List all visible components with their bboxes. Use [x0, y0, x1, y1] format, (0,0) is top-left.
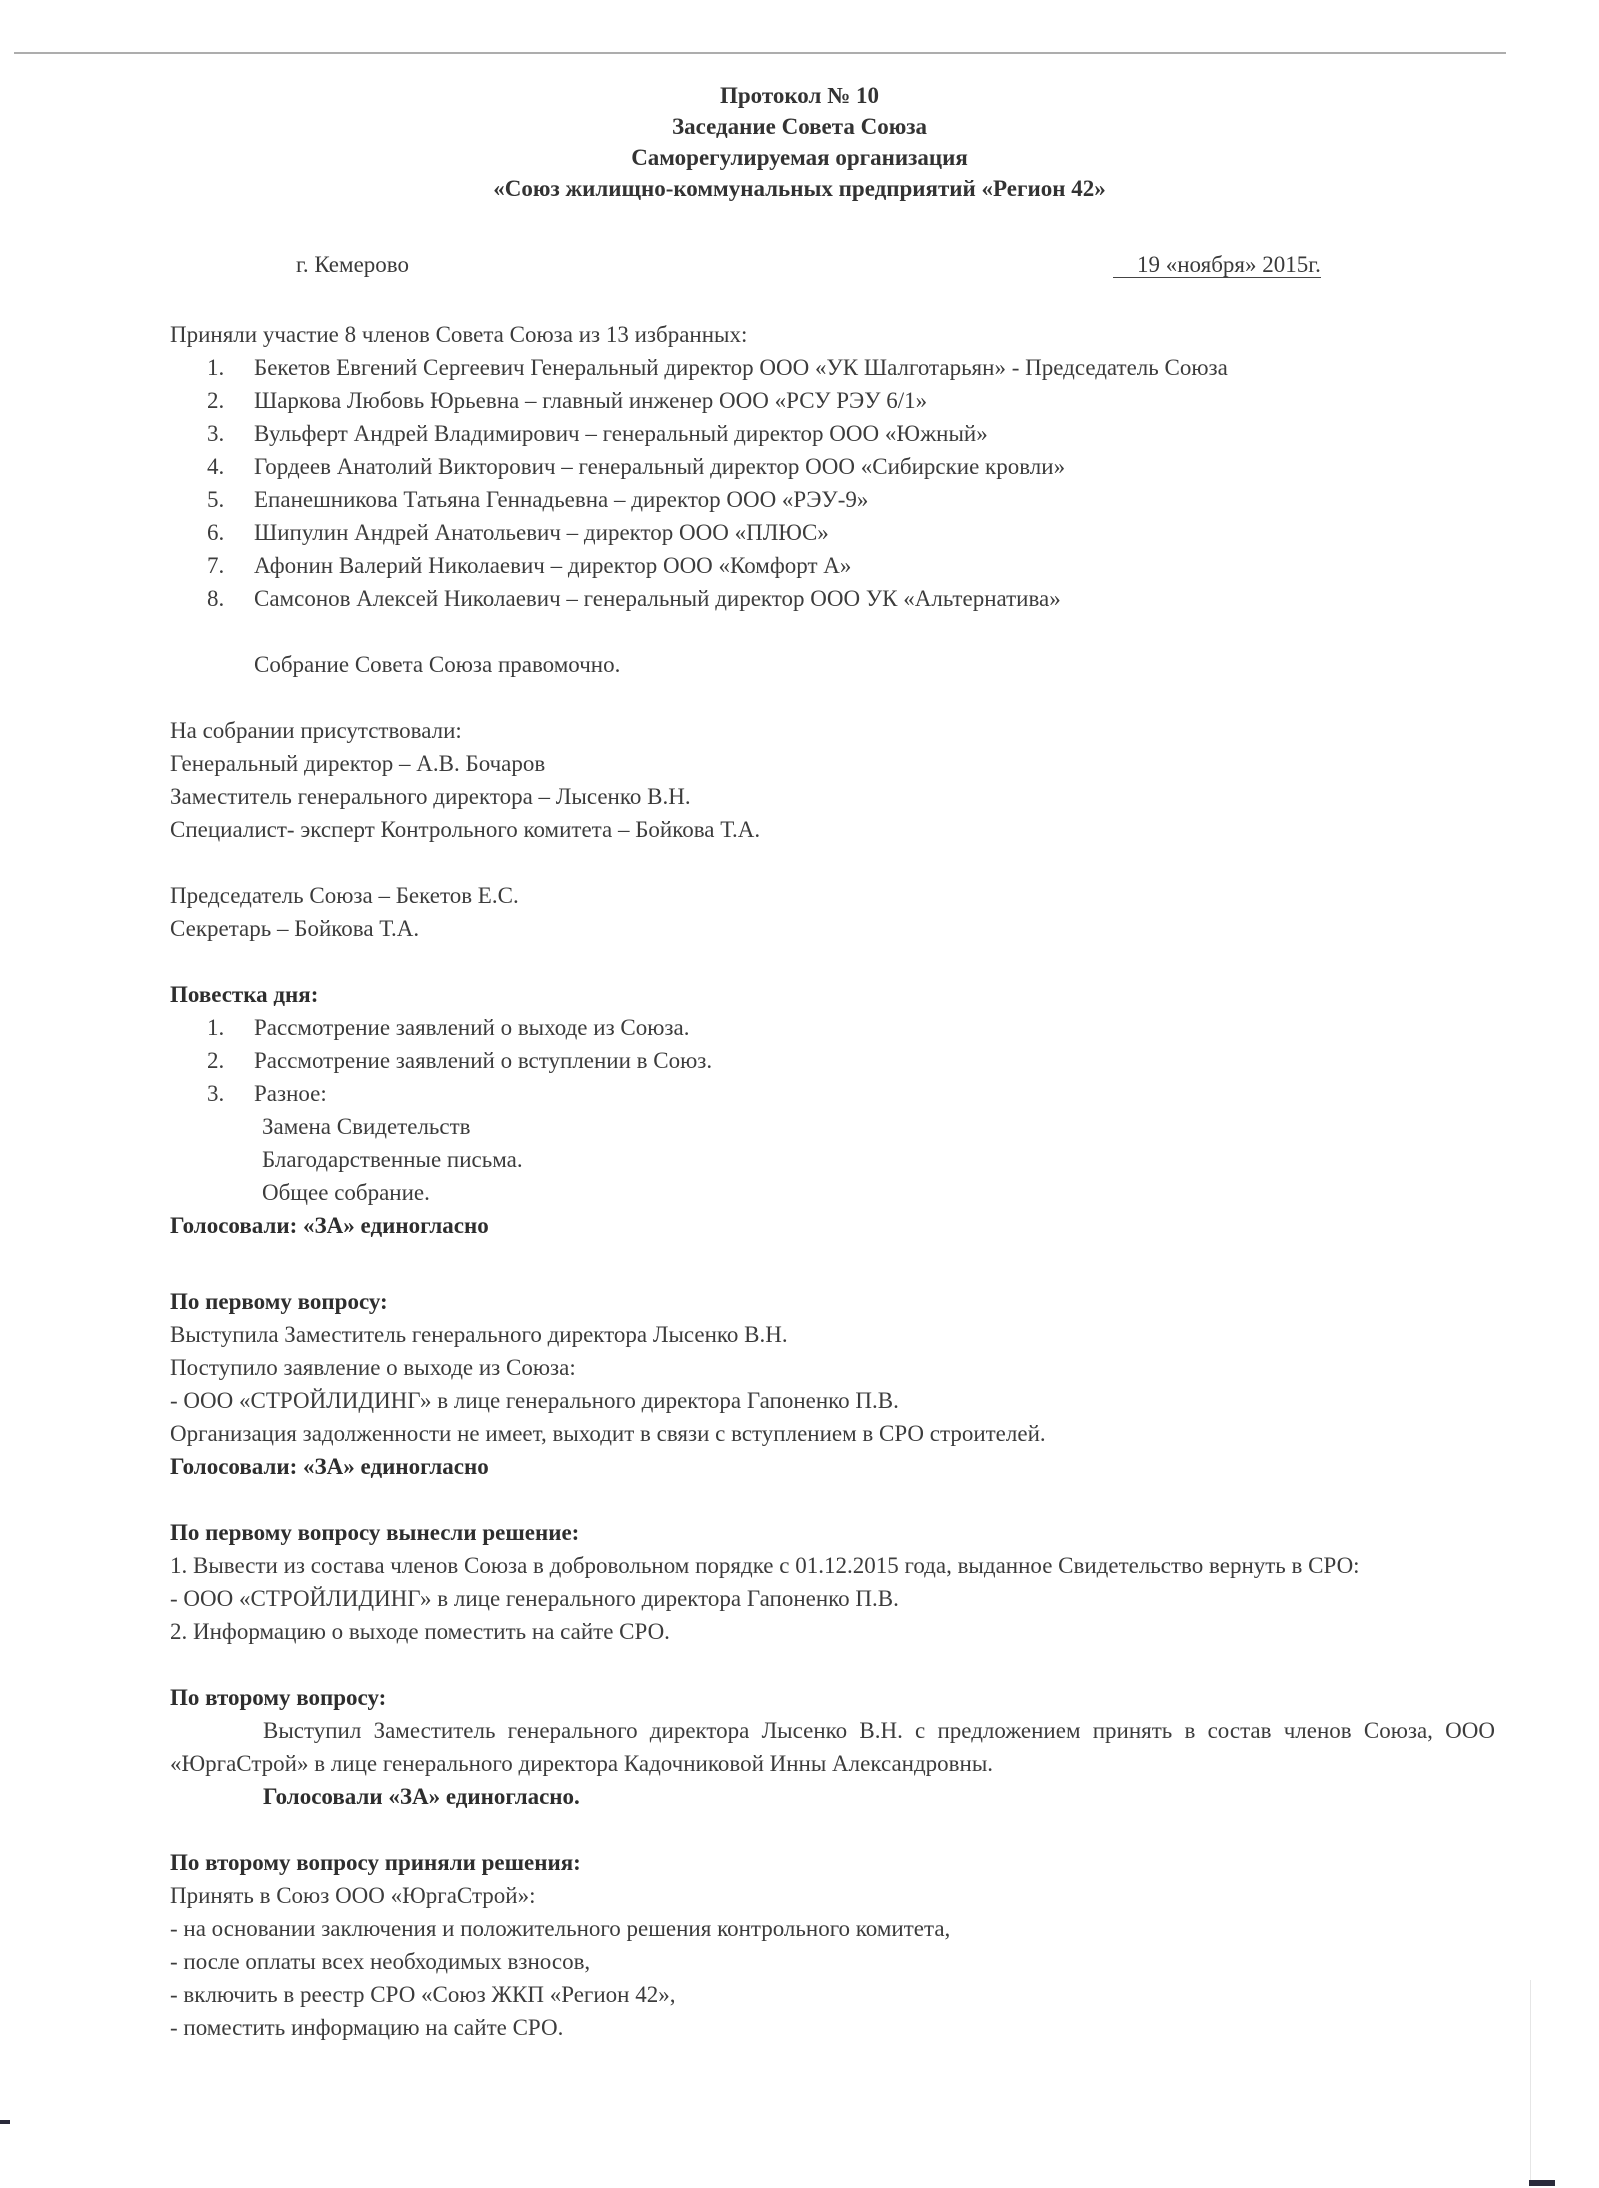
decision2-line: - на основании заключения и положительно… [170, 1912, 1495, 1945]
agenda-subitem: Благодарственные письма. [170, 1143, 1495, 1176]
decision2-line: - поместить информацию на сайте СРО. [170, 2011, 1495, 2044]
attendee-line: Генеральный директор – А.В. Бочаров [170, 747, 1495, 780]
participants-list: 1.Бекетов Евгений Сергеевич Генеральный … [170, 351, 1495, 615]
scan-top-edge-line [14, 52, 1506, 54]
organization-name: «Союз жилищно-коммунальных предприятий «… [0, 173, 1599, 204]
list-item: 6.Шипулин Андрей Анатольевич – директор … [170, 516, 1495, 549]
decision1-item1: 1. Вывести из состава членов Союза в доб… [170, 1549, 1495, 1582]
chair-line: Председатель Союза – Бекетов Е.С. [170, 879, 1495, 912]
question1-line: Выступила Заместитель генерального дирек… [170, 1318, 1495, 1351]
decision2-intro: Принять в Союз ООО «ЮргаСтрой»: [170, 1879, 1495, 1912]
list-item: 5.Епанешникова Татьяна Геннадьевна – дир… [170, 483, 1495, 516]
list-item: 4.Гордеев Анатолий Викторович – генераль… [170, 450, 1495, 483]
decision2-line: - включить в реестр СРО «Союз ЖКП «Регио… [170, 1978, 1495, 2011]
list-item: 3.Разное: [170, 1077, 1495, 1110]
list-item: 3.Вульферт Андрей Владимирович – генерал… [170, 417, 1495, 450]
agenda-subitem: Общее собрание. [170, 1176, 1495, 1209]
meeting-title: Заседание Совета Союза [0, 111, 1599, 142]
decision1-item1-sub: - ООО «СТРОЙЛИДИНГ» в лице генерального … [170, 1582, 1495, 1615]
question2-text: Выступил Заместитель генерального директ… [170, 1714, 1495, 1780]
attendee-line: Заместитель генерального директора – Лыс… [170, 780, 1495, 813]
document-body: Приняли участие 8 членов Совета Союза из… [170, 318, 1495, 2044]
attendees-intro: На собрании присутствовали: [170, 714, 1495, 747]
secretary-line: Секретарь – Бойкова Т.А. [170, 912, 1495, 945]
quorum-statement: Собрание Совета Союза правомочно. [170, 648, 1495, 681]
meeting-place: г. Кемерово [296, 252, 409, 278]
document-header: Протокол № 10 Заседание Совета Союза Сам… [0, 80, 1599, 204]
scan-edge-mark-left [0, 2120, 10, 2124]
participants-intro: Приняли участие 8 членов Совета Союза из… [170, 318, 1495, 351]
question1-heading: По первому вопросу: [170, 1285, 1495, 1318]
organization-type: Саморегулируемая организация [0, 142, 1599, 173]
agenda-list: 1.Рассмотрение заявлений о выходе из Сою… [170, 1011, 1495, 1110]
meeting-date: 19 «ноября» 2015г. [1113, 252, 1321, 278]
list-item: 1.Рассмотрение заявлений о выходе из Сою… [170, 1011, 1495, 1044]
list-item: 2.Рассмотрение заявлений о вступлении в … [170, 1044, 1495, 1077]
question1-vote: Голосовали: «ЗА» единогласно [170, 1450, 1495, 1483]
agenda-subitem: Замена Свидетельств [170, 1110, 1495, 1143]
decision1-item2: 2. Информацию о выходе поместить на сайт… [170, 1615, 1495, 1648]
agenda-heading: Повестка дня: [170, 978, 1495, 1011]
decision2-line: - после оплаты всех необходимых взносов, [170, 1945, 1495, 1978]
decision1-heading: По первому вопросу вынесли решение: [170, 1516, 1495, 1549]
question1-line: Организация задолженности не имеет, выхо… [170, 1417, 1495, 1450]
scan-edge-mark-right [1529, 2180, 1555, 2186]
question2-heading: По второму вопросу: [170, 1681, 1495, 1714]
question2-vote: Голосовали «ЗА» единогласно. [170, 1780, 1495, 1813]
question1-line: - ООО «СТРОЙЛИДИНГ» в лице генерального … [170, 1384, 1495, 1417]
decision2-heading: По второму вопросу приняли решения: [170, 1846, 1495, 1879]
protocol-title: Протокол № 10 [0, 80, 1599, 111]
attendee-line: Специалист- эксперт Контрольного комитет… [170, 813, 1495, 846]
list-item: 7.Афонин Валерий Николаевич – директор О… [170, 549, 1495, 582]
list-item: 2.Шаркова Любовь Юрьевна – главный инжен… [170, 384, 1495, 417]
list-item: 8.Самсонов Алексей Николаевич – генераль… [170, 582, 1495, 615]
question1-line: Поступило заявление о выходе из Союза: [170, 1351, 1495, 1384]
agenda-vote: Голосовали: «ЗА» единогласно [170, 1209, 1495, 1242]
scan-right-edge-line [1530, 1980, 1531, 2180]
list-item: 1.Бекетов Евгений Сергеевич Генеральный … [170, 351, 1495, 384]
